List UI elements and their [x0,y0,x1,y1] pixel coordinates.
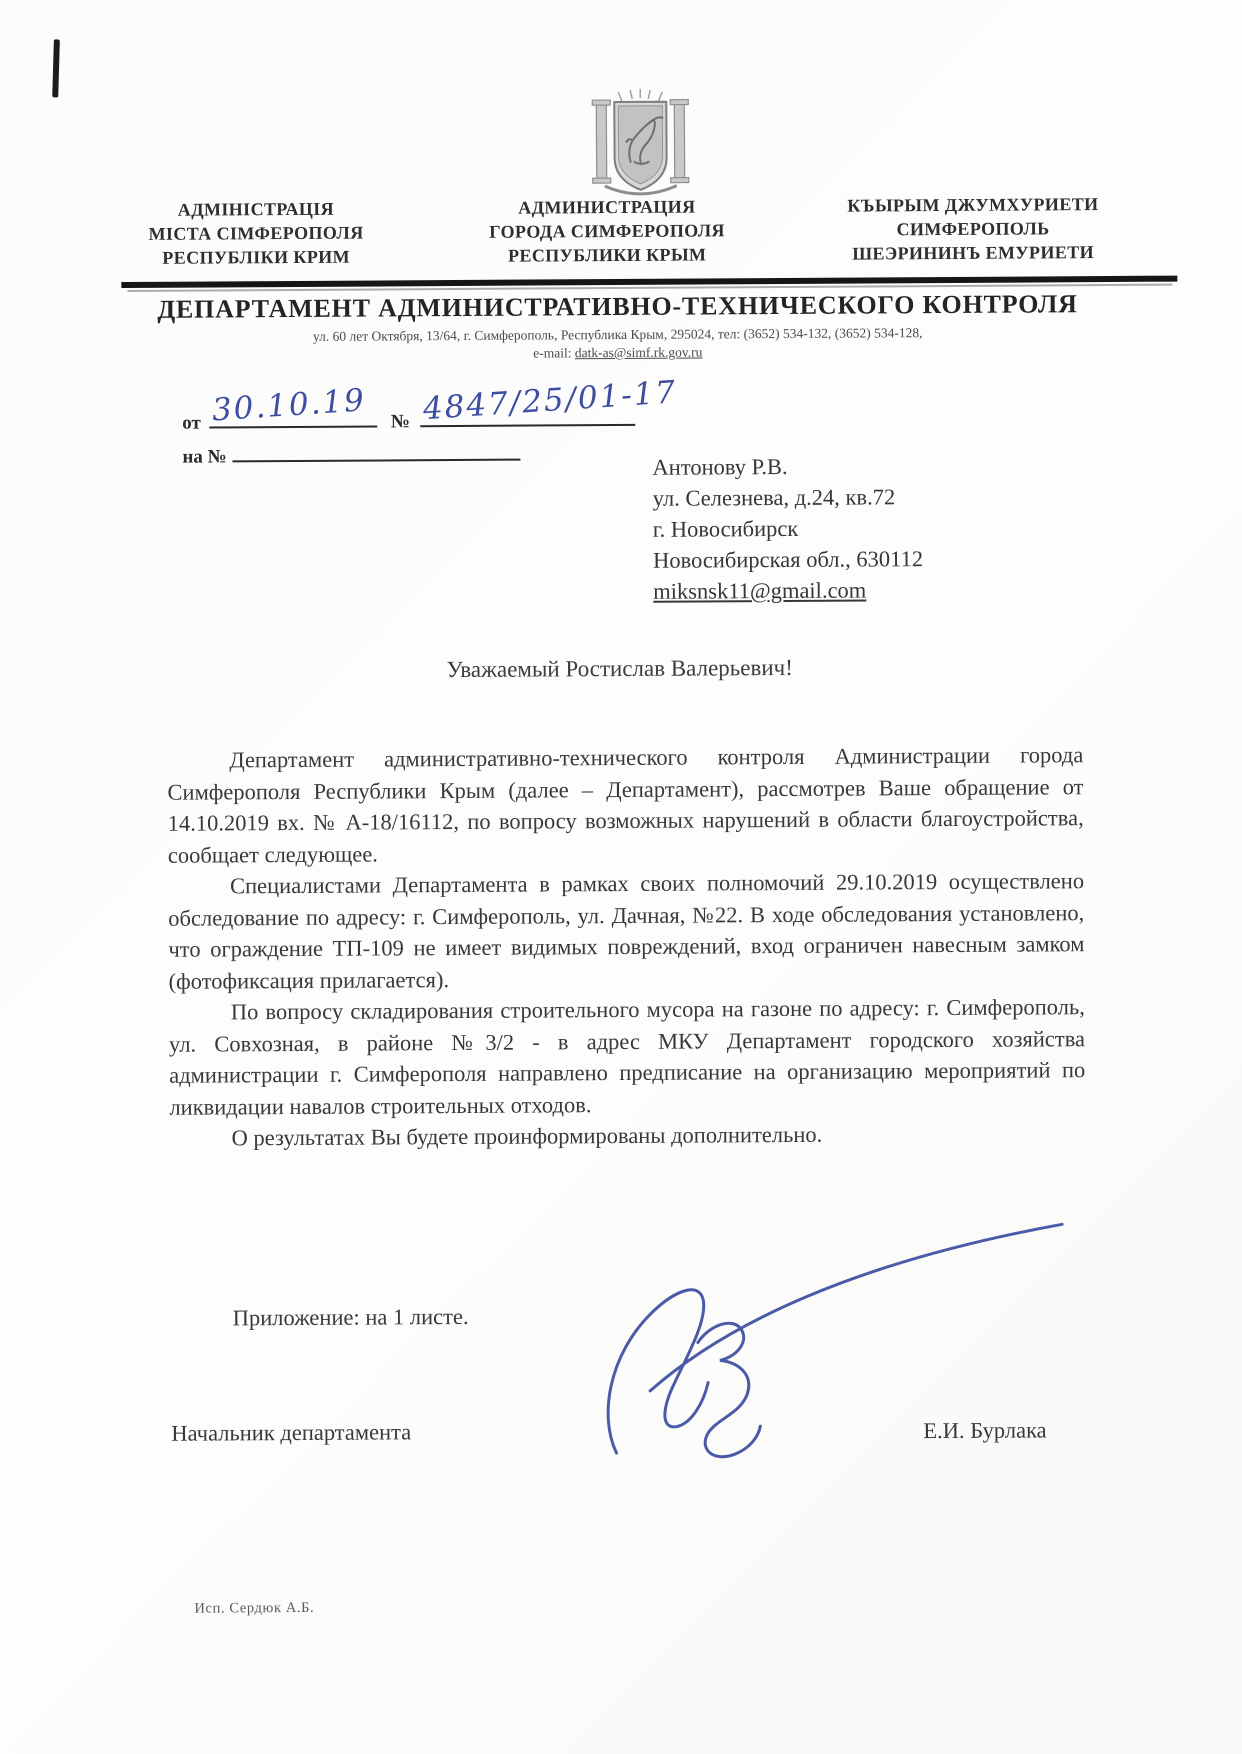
signer-position: Начальник департамента [171,1419,411,1446]
body-paragraph-4: О результатах Вы будете проинформированы… [169,1117,1085,1154]
org-name-crimean-tatar: КЪЫРЫМ ДЖУМХУРИЕТИ СИМФЕРОПОЛЬ ШЕЭРИНИНЪ… [808,193,1138,266]
recipient-city: г. Новосибирск [653,512,923,545]
reply-reference-line: на № [182,439,520,469]
org-uk-line1: АДМІНІСТРАЦІЯ [106,197,406,223]
org-crh-line2: СИМФЕРОПОЛЬ [808,217,1138,243]
recipient-region: Новосибирская обл., 630112 [653,543,923,576]
handwritten-date: 30.10.19 [210,382,366,428]
outgoing-reference-line: от30.10.19№4847/25/01-17 [182,398,635,435]
department-title: ДЕПАРТАМЕНТ АДМИНИСТРАТИВНО-ТЕХНИЧЕСКОГО… [0,288,1239,326]
salutation: Уважаемый Ростислав Валерьевич! [0,652,1241,686]
date-field: 30.10.19 [209,399,377,428]
from-label: от [182,413,201,434]
reply-label: на № [182,446,226,467]
department-email: datk-as@simf.rk.gov.ru [575,344,702,360]
body-paragraph-1: Департамент административно-технического… [167,739,1084,871]
body-paragraph-2: Специалистами Департамента в рамках свои… [168,865,1085,997]
scan-artifact-line [52,39,60,97]
org-crh-line1: КЪЫРЫМ ДЖУМХУРИЕТИ [808,193,1138,219]
reply-number-blank [233,439,521,463]
number-sign: № [391,411,410,432]
org-ru-line1: АДМИНИСТРАЦИЯ [442,195,772,221]
org-name-russian: АДМИНИСТРАЦИЯ ГОРОДА СИМФЕРОПОЛЯ РЕСПУБЛ… [442,195,772,268]
handwritten-signature [557,1212,1079,1490]
org-uk-line2: МІСТА СІМФЕРОПОЛЯ [106,221,406,247]
recipient-block: Антонову Р.В. ул. Селезнева, д.24, кв.72… [652,450,923,607]
org-crh-line3: ШЕЭРИНИНЪ ЕМУРИЕТИ [808,240,1138,266]
org-ru-line2: ГОРОДА СИМФЕРОПОЛЯ [442,219,772,245]
org-uk-line3: РЕСПУБЛІКИ КРИМ [106,245,406,271]
org-ru-line3: РЕСПУБЛИКИ КРЫМ [442,243,772,269]
letterhead-divider [121,276,1177,288]
body-paragraph-3: По вопросу складирования строительного м… [169,991,1086,1123]
handwritten-number: 4847/25/01-17 [422,374,678,427]
scanned-letter-page: АДМІНІСТРАЦІЯ МІСТА СІМФЕРОПОЛЯ РЕСПУБЛІ… [0,0,1242,1754]
recipient-street: ул. Селезнева, д.24, кв.72 [653,481,923,514]
letterhead: АДМІНІСТРАЦІЯ МІСТА СІМФЕРОПОЛЯ РЕСПУБЛІ… [106,193,1138,271]
crimea-coat-of-arms [574,87,707,200]
recipient-email: miksnsk11@gmail.com [653,574,923,607]
org-name-ukrainian: АДМІНІСТРАЦІЯ МІСТА СІМФЕРОПОЛЯ РЕСПУБЛІ… [106,197,406,270]
executor-note: Исп. Сердюк А.Б. [194,1600,314,1618]
email-label: e-mail: [533,345,575,360]
recipient-name: Антонову Р.В. [652,450,922,483]
number-field: 4847/25/01-17 [420,398,635,427]
signer-name: Е.И. Бурлака [923,1417,1046,1444]
